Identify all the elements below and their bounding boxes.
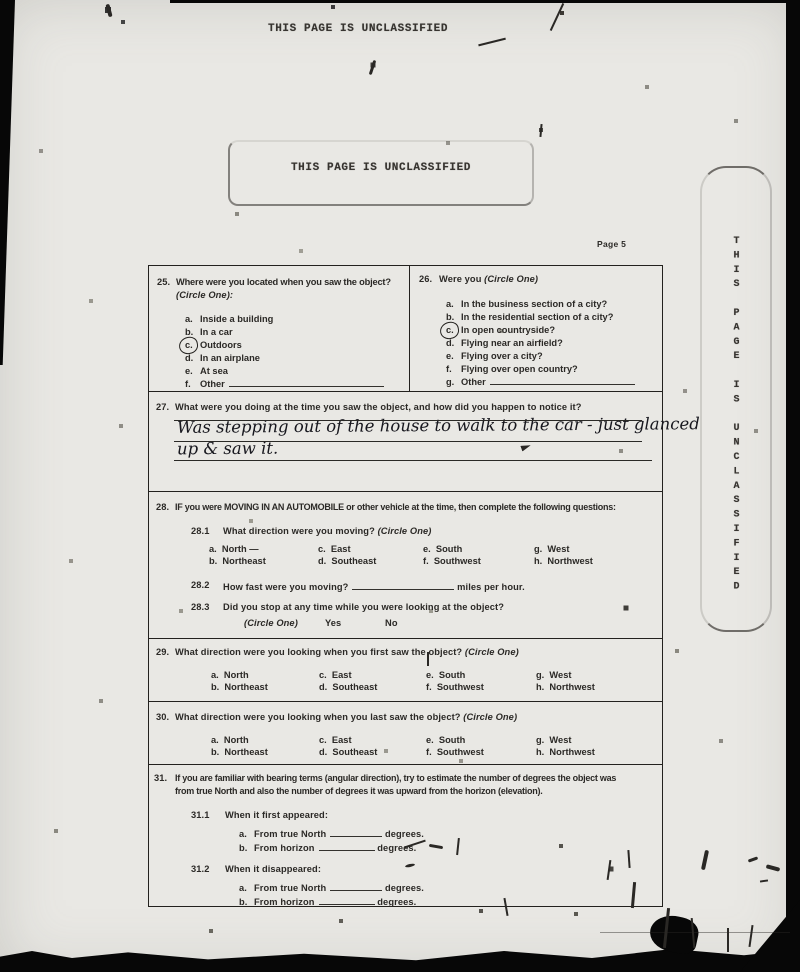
pen-stroke	[478, 38, 506, 46]
q26-option-b: b.In the residential section of a city?	[446, 312, 613, 322]
ink-mark	[427, 652, 429, 666]
q26-option-c: c.In open countryside?	[446, 325, 555, 335]
q28-3-number: 28.3	[191, 602, 210, 612]
ink-mark	[748, 856, 758, 862]
q27-number: 27.	[156, 402, 169, 412]
q31-1b: b.From horizon degrees.	[239, 841, 416, 853]
q25-question: Where were you located when you saw the …	[176, 277, 391, 287]
q28-number: 28.	[156, 502, 169, 512]
page-number: Page 5	[597, 239, 626, 249]
q28-3-question: Did you stop at any time while you were …	[223, 602, 504, 612]
section-q31: 31. If you are familiar with bearing ter…	[149, 764, 662, 907]
ink-mark	[766, 864, 781, 871]
q29-question: What direction were you looking when you…	[175, 647, 519, 657]
q25-option-a: a.Inside a building	[185, 314, 273, 324]
q31-question-line2: from true North and also the number of d…	[175, 786, 543, 796]
section-q30: 30. What direction were you looking when…	[149, 701, 662, 765]
scan-line	[600, 932, 790, 933]
q31-2b: b.From horizon degrees.	[239, 895, 416, 907]
blank-line	[490, 375, 635, 385]
answer-rule-2	[174, 441, 642, 442]
smudge-mark	[429, 844, 443, 849]
blank-line	[330, 881, 382, 891]
pen-stroke	[550, 3, 564, 31]
q26-question: Were you (Circle One)	[439, 274, 538, 284]
section-divider	[409, 266, 410, 391]
q31-number: 31.	[154, 773, 167, 783]
q31-1a: a.From true North degrees.	[239, 827, 424, 839]
q30-number: 30.	[156, 712, 169, 722]
questionnaire-form: 25. Where were you located when you saw …	[148, 265, 663, 907]
scanned-document-page: THIS PAGE IS UNCLASSIFIED THIS PAGE IS U…	[0, 0, 800, 972]
scan-edge-right	[786, 0, 800, 972]
blank-line	[229, 377, 384, 387]
pen-stroke	[748, 925, 753, 947]
q29-number: 29.	[156, 647, 169, 657]
ink-mark	[369, 60, 376, 75]
ink-mark	[105, 4, 112, 18]
blank-line	[352, 580, 454, 590]
ink-mark	[701, 850, 709, 870]
ink-mark	[760, 879, 768, 882]
q25-option-c: c.Outdoors	[185, 340, 242, 350]
q31-question-line1: If you are familiar with bearing terms (…	[175, 773, 616, 783]
scan-edge-left	[0, 0, 15, 365]
answer-rule-3	[174, 460, 652, 461]
q26-option-f: f.Flying over open country?	[446, 364, 578, 374]
q25-option-e: e.At sea	[185, 366, 228, 376]
q28-2-question: How fast were you moving? miles per hour…	[223, 580, 525, 592]
unclassified-stamp-top: THIS PAGE IS UNCLASSIFIED	[268, 23, 448, 35]
q28-2-number: 28.2	[191, 580, 210, 590]
q28-1-number: 28.1	[191, 526, 210, 536]
q30-question: What direction were you looking when you…	[175, 712, 517, 722]
smudge-mark	[405, 863, 415, 868]
q31-2a: a.From true North degrees.	[239, 881, 424, 893]
q26-option-g: g.Other	[446, 375, 635, 387]
q26-number: 26.	[419, 274, 432, 284]
section-q29: 29. What direction were you looking when…	[149, 638, 662, 702]
q25-option-b: b.In a car	[185, 327, 233, 337]
unclassified-stamp-vertical: THIS PAGE IS UNCLASSIFIED	[731, 236, 742, 596]
q31-2-label: When it disappeared:	[225, 864, 321, 874]
q31-1-number: 31.1	[191, 810, 210, 820]
section-q25-q26: 25. Where were you located when you saw …	[149, 266, 662, 391]
blank-line	[330, 827, 382, 837]
q25-option-f: f.Other	[185, 377, 384, 389]
q28-3-yes: Yes	[325, 618, 341, 628]
q25-number: 25.	[157, 277, 170, 287]
q26-option-d: d.Flying near an airfield?	[446, 338, 563, 348]
q31-1-label: When it first appeared:	[225, 810, 328, 820]
unclassified-stamp-boxed: THIS PAGE IS UNCLASSIFIED	[228, 140, 534, 206]
q28-3-circle-one: (Circle One)	[244, 618, 298, 628]
handwritten-answer-line1: Was stepping out of the house to walk to…	[177, 414, 700, 437]
unclassified-stamp-boxed-text: THIS PAGE IS UNCLASSIFIED	[230, 162, 532, 174]
section-q27: 27. What were you doing at the time you …	[149, 391, 662, 492]
blank-line	[319, 895, 375, 905]
q31-2-number: 31.2	[191, 864, 210, 874]
section-q28: 28. IF you were MOVING IN AN AUTOMOBILE …	[149, 491, 662, 639]
answer-rule-1	[174, 420, 642, 421]
arrow-mark	[520, 442, 531, 451]
q28-1-question: What direction were you moving? (Circle …	[223, 526, 431, 536]
scan-edge-top	[170, 0, 800, 3]
q25-circle-one: (Circle One):	[176, 290, 233, 300]
q25-option-d: d.In an airplane	[185, 353, 260, 363]
ink-mark	[539, 124, 542, 137]
q27-question: What were you doing at the time you saw …	[175, 402, 582, 412]
q26-option-e: e.Flying over a city?	[446, 351, 543, 361]
q26-option-a: a.In the business section of a city?	[446, 299, 607, 309]
blank-line	[319, 841, 375, 851]
q28-3-no: No	[385, 618, 398, 628]
q28-question: IF you were MOVING IN AN AUTOMOBILE or o…	[175, 502, 616, 512]
